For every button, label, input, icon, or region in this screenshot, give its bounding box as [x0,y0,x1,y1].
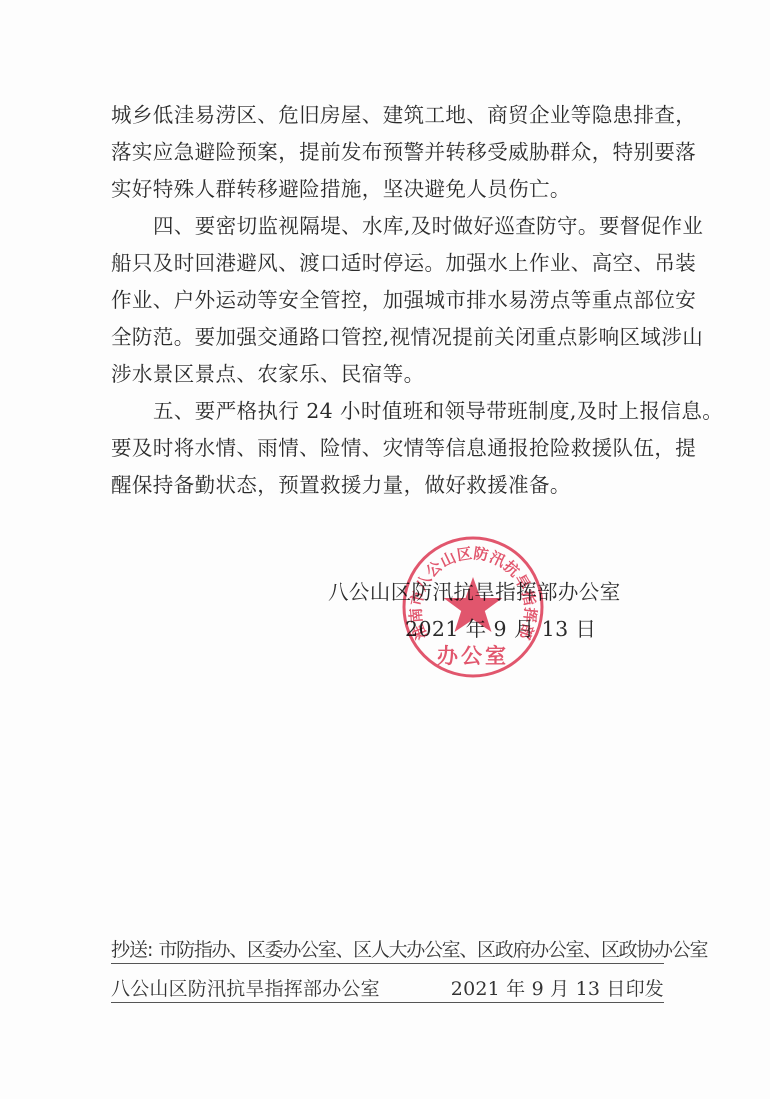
text-line: 醒保持备勤状态，预置救援力量，做好救援准备。 [111,467,663,504]
text-line: 四、要密切监视隔堤、水库,及时做好巡查防守。要督促作业 [111,208,663,245]
text-line: 要及时将水情、雨情、险情、灾情等信息通报抢险救援队伍，提 [111,430,663,467]
paragraph-item-four: 四、要密切监视隔堤、水库,及时做好巡查防守。要督促作业 船只及时回港避风、渡口适… [111,208,663,393]
text-line: 落实应急避险预案，提前发布预警并转移受威胁群众，特别要落 [111,134,663,171]
issue-row: 八公山区防汛抗旱指挥部办公室 2021 年 9 月 13 日印发 [111,976,664,1003]
text-line: 城乡低洼易涝区、危旧房屋、建筑工地、商贸企业等隐患排查， [111,97,663,134]
document-footer: 抄送: 市防指办、区委办公室、区人大办公室、区政府办公室、区政协办公室 八公山区… [111,937,664,1003]
cc-row: 抄送: 市防指办、区委办公室、区人大办公室、区政府办公室、区政协办公室 [111,937,664,964]
text-line: 船只及时回港避风、渡口适时停运。加强水上作业、高空、吊装 [111,245,663,282]
document-page: 城乡低洼易涝区、危旧房屋、建筑工地、商贸企业等隐患排查， 落实应急避险预案，提前… [0,0,770,1099]
official-seal-icon: 淮南市八公山区防汛抗旱指挥部 办公室 [401,535,545,679]
paragraph-evacuation: 城乡低洼易涝区、危旧房屋、建筑工地、商贸企业等隐患排查， 落实应急避险预案，提前… [111,97,663,208]
issuer-name: 八公山区防汛抗旱指挥部办公室 [111,978,380,1000]
issue-date: 2021 年 9 月 13 日印发 [451,976,664,1002]
star-icon [444,577,503,632]
cc-label: 抄送: [111,939,152,961]
cc-recipients: 市防指办、区委办公室、区人大办公室、区政府办公室、区政协办公室 [158,939,707,961]
paragraph-item-five: 五、要严格执行 24 小时值班和领导带班制度,及时上报信息。 要及时将水情、雨情… [111,393,663,504]
document-body: 城乡低洼易涝区、危旧房屋、建筑工地、商贸企业等隐患排查， 落实应急避险预案，提前… [111,97,663,504]
text-line: 全防范。要加强交通路口管控,视情况提前关闭重点影响区域涉山 [111,319,663,356]
text-line: 作业、户外运动等安全管控，加强城市排水易涝点等重点部位安 [111,282,663,319]
seal-center-text: 办公室 [437,643,509,668]
text-line: 五、要严格执行 24 小时值班和领导带班制度,及时上报信息。 [111,393,663,430]
text-line: 涉水景区景点、农家乐、民宿等。 [111,356,663,393]
text-line: 实好特殊人群转移避险措施，坚决避免人员伤亡。 [111,171,663,208]
